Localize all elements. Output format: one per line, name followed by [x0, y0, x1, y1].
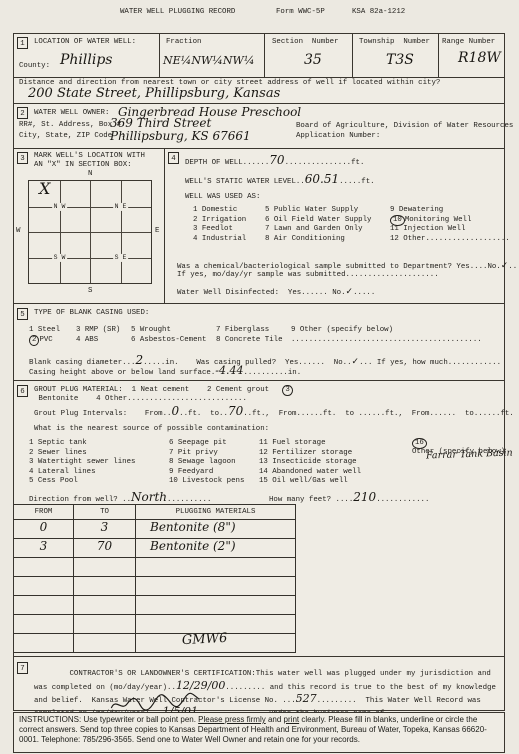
- owner-city-value: Phillipsburg, KS 67661: [110, 129, 251, 144]
- section-number-3: 3: [17, 152, 28, 164]
- casing-height-value: -4.44: [215, 364, 243, 377]
- use-list-col3: 9 Dewatering 10Monitoring Well 11 Inject…: [390, 206, 510, 244]
- static-level-units: .....ft.: [339, 178, 374, 186]
- contamination-option: 1 Septic tank: [29, 439, 135, 449]
- static-level-label: WELL'S STATIC WATER LEVEL..: [185, 178, 305, 186]
- use-list-col2: 5 Public Water Supply 6 Oil Field Water …: [265, 206, 371, 244]
- casing-option: 6 Asbestos-Cement: [131, 336, 216, 345]
- cell-material: [136, 615, 295, 633]
- well-location-x-mark: X: [39, 179, 50, 199]
- contamination-col1: 1 Septic tank 2 Sewer lines 3 Watertight…: [29, 439, 135, 487]
- section-number-value: 35: [304, 52, 322, 70]
- grout-material-options-tail: Bentonite 4 Other.......................…: [34, 395, 247, 403]
- casing-height-line: Casing height above or below land surfac…: [29, 365, 301, 378]
- casing-pulled-tail: ... If yes, how much............: [359, 359, 501, 367]
- grout-intervals-tail: ..ft., From......ft. to ......ft., From.…: [243, 410, 514, 418]
- use-option: 8 Air Conditioning: [265, 235, 371, 245]
- section-distance: Distance and direction from nearest town…: [14, 78, 504, 104]
- use-option: 12 Other...................: [390, 235, 510, 245]
- casing-pulled-no-checkmark: ✓: [352, 357, 360, 367]
- used-as-label: WELL WAS USED AS:: [185, 193, 260, 202]
- compass-w: W: [16, 227, 20, 236]
- interval-to-value: 70: [228, 404, 243, 418]
- divider: [159, 34, 160, 77]
- feet-label: How many feet? ....: [269, 496, 353, 504]
- sample-date-line: If yes, mo/day/yr sample was submitted..…: [177, 271, 439, 280]
- grout-material-options: GROUT PLUG MATERIAL: 1 Neat cement 2 Cem…: [34, 386, 282, 394]
- grid-line: [29, 207, 151, 208]
- section-grid: N W N E S W S E X: [28, 180, 152, 284]
- contamination-option: 10 Livestock pens: [169, 477, 244, 487]
- grout-intervals-mid: ..ft. to..: [179, 410, 228, 418]
- range-label: Range Number: [442, 38, 495, 47]
- column-header-materials: PLUGGING MATERIALS: [136, 505, 295, 519]
- compass-s: S: [88, 287, 92, 296]
- casing-height-units: ..........in.: [244, 369, 302, 377]
- column-header-from: FROM: [14, 505, 74, 519]
- grout-intervals-line: Grout Plug Intervals: From..0..ft. to..7…: [34, 405, 514, 419]
- section-location-map-and-depth: 3 MARK WELL'S LOCATION WITH AN "X" IN SE…: [14, 149, 504, 304]
- contamination-option: 6 Seepage pit: [169, 439, 244, 449]
- divider: [438, 34, 439, 77]
- cell-material: Bentonite (2"): [150, 539, 295, 554]
- table-row: [14, 614, 295, 633]
- contamination-option: 13 Insecticide storage: [259, 458, 361, 468]
- contamination-option: 14 Abandoned water well: [259, 468, 361, 478]
- casing-option: 4 ABS: [76, 336, 131, 345]
- casing-option-label: PVC: [39, 336, 52, 344]
- compass-nw: N W: [52, 202, 68, 210]
- contamination-option: 12 Fertilizer storage: [259, 449, 361, 459]
- feet-dots: ............: [376, 496, 429, 504]
- table-row: [14, 557, 295, 576]
- disinfected-line: Water Well Disinfected: Yes...... No.✓..…: [177, 288, 375, 298]
- form-body: 1 LOCATION OF WATER WELL: County: Philli…: [13, 33, 505, 711]
- use-option-label: Monitoring Well: [405, 216, 472, 224]
- circled-2: 2: [29, 335, 39, 346]
- use-option: 5 Public Water Supply: [265, 206, 371, 216]
- compass-se: S E: [113, 253, 129, 261]
- compass-ne: N E: [113, 202, 129, 210]
- location-title: LOCATION OF WATER WELL:: [34, 38, 136, 47]
- fraction-value: NE¼NW¼NW¼: [163, 54, 255, 68]
- table-row: [14, 576, 295, 595]
- contamination-option: 3 Watertight sewer lines: [29, 458, 135, 468]
- grid-line: [29, 232, 151, 233]
- section-number-4: 4: [168, 152, 179, 164]
- contamination-option: 4 Lateral lines: [29, 468, 135, 478]
- static-level-line: WELL'S STATIC WATER LEVEL..60.51.....ft.: [185, 173, 375, 187]
- direction-dots: ..........: [167, 496, 211, 504]
- sample-question-tail: ..: [508, 263, 517, 271]
- plugging-materials-table: FROM TO PLUGGING MATERIALS 0 3 Bentonite…: [14, 504, 296, 653]
- casing-option: 8 Concrete Tile: [216, 336, 291, 345]
- handwritten-note-gmw6: GMW6: [182, 631, 228, 650]
- range-value: R18W: [458, 50, 501, 68]
- use-option: 7 Lawn and Garden Only: [265, 225, 371, 235]
- statute-reference: KSA 82a-1212: [352, 8, 405, 17]
- compass-n: N: [88, 170, 92, 179]
- form-number: Form WWC-5P: [276, 8, 325, 17]
- use-option: 11 Injection Well: [390, 225, 510, 235]
- contamination-option: 2 Sewer lines: [29, 449, 135, 459]
- cell-from: 3: [14, 539, 73, 554]
- use-option: 9 Dewatering: [390, 206, 510, 216]
- county-label: County:: [19, 62, 50, 71]
- distance-answer: 200 State Street, Phillipsburg, Kansas: [28, 86, 280, 102]
- license-number-value: 527: [296, 692, 317, 705]
- cell-to: 3: [74, 520, 135, 535]
- contamination-question: What is the nearest source of possible c…: [34, 425, 269, 434]
- county-value: Phillips: [60, 52, 113, 70]
- section-number-6: 6: [17, 385, 28, 397]
- application-number-label: Application Number:: [296, 132, 380, 141]
- section-number-7: 7: [17, 662, 28, 674]
- depth-pane: 4 DEPTH OF WELL......70...............ft…: [164, 149, 504, 304]
- cell-material: [136, 596, 295, 614]
- contamination-option: 5 Cess Pool: [29, 477, 135, 487]
- contamination-option: 15 Oil well/Gas well: [259, 477, 361, 487]
- compass-e: E: [155, 227, 159, 236]
- fraction-label: Fraction: [166, 38, 201, 47]
- casing-height-label: Casing height above or below land surfac…: [29, 369, 215, 377]
- form-title: WATER WELL PLUGGING RECORD: [120, 8, 235, 17]
- township-label: Township Number: [359, 38, 430, 47]
- column-header-to: TO: [74, 505, 136, 519]
- depth-units: ...............ft.: [285, 159, 365, 167]
- use-option: 6 Oil Field Water Supply: [265, 216, 371, 226]
- contamination-option: 9 Feedyard: [169, 468, 244, 478]
- casing-option-pvc: 2PVC: [29, 336, 76, 345]
- cell-to: [74, 558, 136, 576]
- casing-other-dots: ........................................…: [291, 336, 482, 345]
- section-location: 1 LOCATION OF WATER WELL: County: Philli…: [14, 34, 504, 78]
- instructions-text: and: [266, 715, 284, 724]
- casing-option: 5 Wrought: [131, 326, 216, 335]
- table-header-row: FROM TO PLUGGING MATERIALS: [14, 505, 295, 519]
- agency-name: Board of Agriculture, Division of Water …: [296, 122, 513, 131]
- map-title-line2: AN "X" IN SECTION BOX:: [34, 161, 132, 170]
- divider: [264, 34, 265, 77]
- grid-line: [29, 258, 151, 259]
- casing-row1: 1 Steel 3 RMP (SR) 5 Wrought 7 Fiberglas…: [29, 326, 393, 335]
- cell-from: [14, 558, 74, 576]
- instructions-underlined: print: [284, 715, 300, 724]
- static-level-value: 60.51: [305, 172, 339, 186]
- plugged-date-value: 12/29/00: [176, 679, 225, 692]
- interval-from-value: 0: [172, 404, 180, 418]
- casing-title: TYPE OF BLANK CASING USED:: [34, 309, 149, 318]
- casing-option: 3 RMP (SR): [76, 326, 131, 335]
- cell-from: [14, 634, 74, 652]
- cell-from: [14, 577, 74, 595]
- map-title-line1: MARK WELL'S LOCATION WITH: [34, 152, 145, 161]
- use-option-monitoring-well: 10Monitoring Well: [390, 216, 510, 226]
- section-casing: 5 TYPE OF BLANK CASING USED: 1 Steel 3 R…: [14, 304, 504, 381]
- contamination-option: 7 Pit privy: [169, 449, 244, 459]
- divider: [352, 34, 353, 77]
- section-number-label: Section Number: [272, 38, 339, 47]
- casing-option: 7 Fiberglass: [216, 326, 291, 335]
- use-option: 4 Industrial: [193, 235, 246, 245]
- contamination-col3: 11 Fuel storage 12 Fertilizer storage 13…: [259, 439, 361, 487]
- casing-row2: 2PVC 4 ABS 6 Asbestos-Cement 8 Concrete …: [29, 336, 482, 345]
- section-owner: 2 WATER WELL OWNER: Gingerbread House Pr…: [14, 104, 504, 149]
- feet-value: 210: [353, 490, 376, 504]
- instructions-text: INSTRUCTIONS: Use typewriter or ball poi…: [19, 715, 198, 724]
- use-option: 1 Domestic: [193, 206, 246, 216]
- disinfected-no-checkmark: ✓: [346, 287, 354, 297]
- use-list-col1: 1 Domestic 2 Irrigation 3 Feedlot 4 Indu…: [193, 206, 246, 244]
- depth-line: DEPTH OF WELL......70...............ft.: [185, 154, 364, 168]
- disinfected-label: Water Well Disinfected: Yes...... No.: [177, 289, 346, 297]
- disinfected-tail: .....: [353, 289, 375, 297]
- cell-material: [136, 577, 295, 595]
- direction-value: North: [131, 490, 167, 504]
- use-option: 3 Feedlot: [193, 225, 246, 235]
- casing-option: 1 Steel: [29, 326, 76, 335]
- township-value: T3S: [386, 52, 414, 70]
- cell-from: [14, 615, 74, 633]
- cell-from: 0: [14, 520, 73, 535]
- grout-material-line: GROUT PLUG MATERIAL: 1 Neat cement 2 Cem…: [34, 386, 504, 405]
- scanned-form-page: WATER WELL PLUGGING RECORD Form WWC-5P K…: [0, 0, 519, 754]
- sample-question: Was a chemical/bacteriological sample su…: [177, 263, 501, 271]
- contamination-option: 8 Sewage lagoon: [169, 458, 244, 468]
- circled-3: 3: [282, 385, 292, 396]
- cell-to: [74, 615, 136, 633]
- grout-intervals-label: Grout Plug Intervals: From..: [34, 410, 172, 418]
- section-map-pane: 3 MARK WELL'S LOCATION WITH AN "X" IN SE…: [14, 149, 164, 304]
- cell-material: Bentonite (8"): [150, 520, 295, 535]
- cell-to: [74, 596, 136, 614]
- compass-sw: S W: [52, 253, 68, 261]
- cell-from: [14, 596, 74, 614]
- contamination-col2: 6 Seepage pit 7 Pit privy 8 Sewage lagoo…: [169, 439, 244, 487]
- instructions-underlined: Please press firmly: [198, 715, 266, 724]
- casing-option: 9 Other (specify below): [291, 326, 393, 335]
- section-grout: 6 GROUT PLUG MATERIAL: 1 Neat cement 2 C…: [14, 381, 504, 504]
- direction-label: Direction from well? ..: [29, 496, 131, 504]
- section-number-1: 1: [17, 37, 28, 49]
- contamination-other-value: Farrar Tank Basin: [426, 447, 513, 462]
- cell-to: [74, 577, 136, 595]
- cell-to: 70: [74, 539, 135, 554]
- cell-material: [136, 558, 295, 576]
- depth-label: DEPTH OF WELL......: [185, 159, 269, 167]
- instructions-box: INSTRUCTIONS: Use typewriter or ball poi…: [13, 712, 505, 753]
- contamination-option: 11 Fuel storage: [259, 439, 361, 449]
- section-number-2: 2: [17, 107, 28, 119]
- table-row: [14, 595, 295, 614]
- table-row: 0 3 Bentonite (8"): [14, 519, 295, 538]
- table-row: 3 70 Bentonite (2"): [14, 538, 295, 557]
- use-option: 2 Irrigation: [193, 216, 246, 226]
- cell-to: [74, 634, 136, 652]
- depth-value: 70: [269, 153, 284, 167]
- section-number-5: 5: [17, 308, 28, 320]
- table-row: [14, 633, 295, 652]
- section-certification: 7 CONTRACTOR'S OR LANDOWNER'S CERTIFICAT…: [14, 656, 504, 712]
- owner-label: WATER WELL OWNER:: [34, 109, 109, 118]
